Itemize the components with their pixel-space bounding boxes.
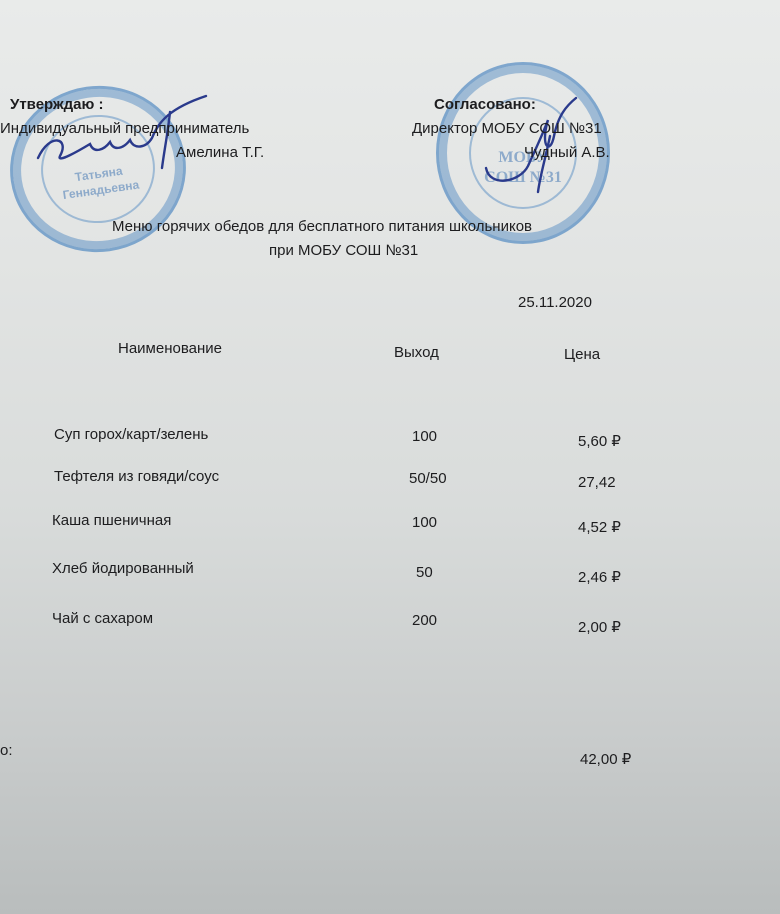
document-date: 25.11.2020	[518, 294, 592, 311]
dish-yield: 50/50	[409, 470, 447, 487]
approve-heading: Утверждаю :	[10, 96, 103, 113]
total-value: 42,00 ₽	[580, 750, 631, 768]
dish-yield: 100	[412, 428, 437, 445]
approver-name: Амелина Т.Г.	[176, 144, 264, 161]
approver-position: Индивидуальный предприниматель	[0, 120, 249, 137]
agreer-position: Директор МОБУ СОШ №31	[412, 120, 602, 137]
dish-name: Каша пшеничная	[52, 512, 171, 529]
header-price: Цена	[564, 346, 600, 363]
total-label: о:	[0, 742, 13, 759]
agreed-heading: Согласовано:	[434, 96, 536, 113]
header-yield: Выход	[394, 344, 439, 361]
document-title-line1: Меню горячих обедов для бесплатного пита…	[112, 218, 532, 235]
dish-yield: 100	[412, 514, 437, 531]
dish-price: 27,42	[578, 474, 616, 491]
document-title-line2: при МОБУ СОШ №31	[269, 242, 418, 259]
dish-price: 2,00 ₽	[578, 618, 621, 636]
agreer-name: Чудный А.В.	[524, 144, 610, 161]
dish-price: 4,52 ₽	[578, 518, 621, 536]
dish-price: 5,60 ₽	[578, 432, 621, 450]
dish-yield: 200	[412, 612, 437, 629]
dish-name: Суп горох/карт/зелень	[54, 426, 208, 443]
dish-yield: 50	[416, 564, 433, 581]
dish-price: 2,46 ₽	[578, 568, 621, 586]
header-name: Наименование	[118, 340, 222, 357]
dish-name: Чай с сахаром	[52, 610, 153, 627]
dish-name: Хлеб йодированный	[52, 560, 194, 577]
dish-name: Тефтеля из говяди/соус	[54, 468, 219, 485]
